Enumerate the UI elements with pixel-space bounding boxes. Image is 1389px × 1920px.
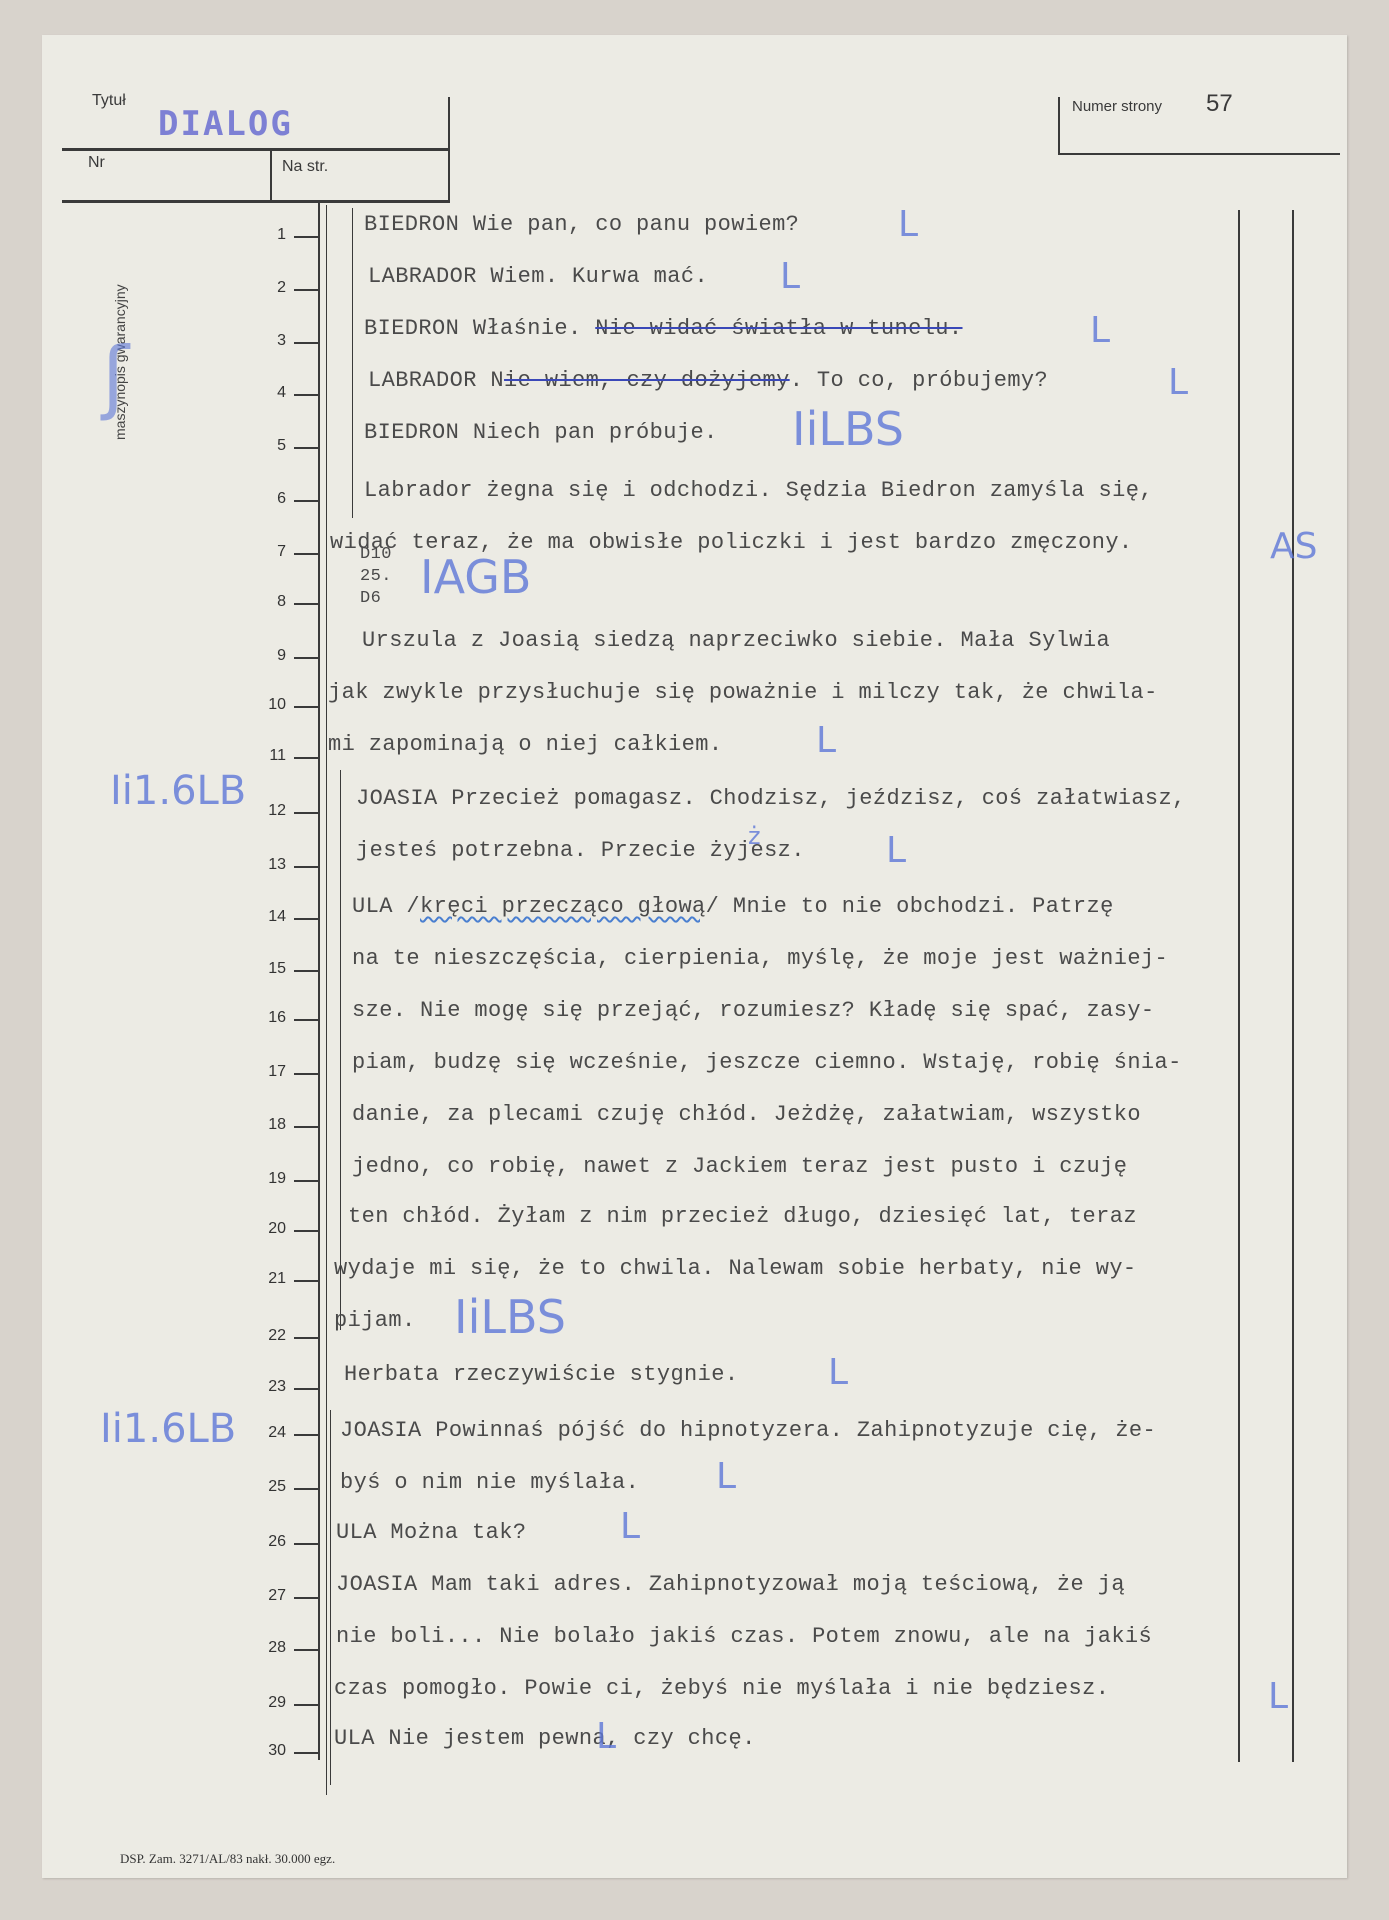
pen-code: IiLBS <box>454 1290 566 1344</box>
header-rule-divider <box>270 148 272 202</box>
script-line: ULA Można tak? <box>336 1520 526 1545</box>
script-line: LABRADOR Nie wiem, czy dożyjemy. To co, … <box>368 368 1048 393</box>
line-tick <box>294 394 318 396</box>
line-number: 17 <box>246 1063 286 1081</box>
line-tick <box>294 1126 318 1128</box>
line-tick <box>294 657 318 659</box>
line-number: 15 <box>246 960 286 978</box>
pen-code: IiLBS <box>792 402 904 456</box>
script-line: nie boli... Nie bolało jakiś czas. Potem… <box>336 1624 1152 1649</box>
line-number: 25 <box>246 1478 286 1496</box>
struck-text: Nie widać światła w tunelu. <box>595 316 962 341</box>
script-line: JOASIA Powinnaś pójść do hipnotyzera. Za… <box>340 1418 1156 1443</box>
script-line: czas pomogło. Powie ci, żebyś nie myślał… <box>334 1676 1109 1701</box>
pen-code: Ii1.6LB <box>100 1406 236 1452</box>
line-tick <box>294 1073 318 1075</box>
inserted-letter: ż <box>748 822 761 850</box>
check-mark: L <box>620 1506 640 1547</box>
line-tick <box>294 1597 318 1599</box>
script-line: sze. Nie mogę się przejąć, rozumiesz? Kł… <box>352 998 1155 1023</box>
script-line: byś o nim nie myślała. <box>340 1470 639 1495</box>
line-number: 13 <box>246 856 286 874</box>
script-line: JOASIA Mam taki adres. Zahipnotyzował mo… <box>336 1572 1125 1597</box>
script-line: ULA /kręci przecząco głową/ Mnie to nie … <box>352 894 1114 919</box>
line-number: 8 <box>246 593 286 611</box>
title-label: Tytuł <box>92 92 126 110</box>
line-number: 24 <box>246 1424 286 1442</box>
script-line: ten chłód. Żyłam z nim przecież długo, d… <box>348 1204 1137 1229</box>
line-tick <box>294 1649 318 1651</box>
line-tick <box>294 1434 318 1436</box>
script-line: Herbata rzeczywiście stygnie. <box>344 1362 738 1387</box>
na-str-label: Na str. <box>282 158 328 176</box>
script-line: jesteś potrzebna. Przecie żyjesz. <box>356 838 805 863</box>
line-tick <box>294 1230 318 1232</box>
script-line: ULA Nie jestem pewna, czy chcę. <box>334 1726 756 1751</box>
line-number: 16 <box>246 1009 286 1027</box>
line-number: 9 <box>246 647 286 665</box>
title-stamp: DIALOG <box>158 104 293 144</box>
dialog-bracket-2 <box>340 770 341 1330</box>
script-line: jedno, co robię, nawet z Jackiem teraz j… <box>352 1154 1127 1179</box>
line-number: 10 <box>246 696 286 714</box>
line-number: 3 <box>246 332 286 350</box>
line-tick <box>294 1488 318 1490</box>
script-line: mi zapominają o niej całkiem. <box>328 732 722 757</box>
page-number-value: 57 <box>1206 90 1233 118</box>
line-tick <box>294 1280 318 1282</box>
line-tick <box>294 500 318 502</box>
line-tick <box>294 1752 318 1754</box>
line-tick <box>294 342 318 344</box>
struck-text: ie wiem, czy dożyjemy <box>504 368 790 393</box>
script-line: Labrador żegna się i odchodzi. Sędzia Bi… <box>364 478 1153 503</box>
script-line: piam, budzę się wcześnie, jeszcze ciemno… <box>352 1050 1182 1075</box>
line-tick <box>294 603 318 605</box>
header-rule-bottom <box>62 200 450 203</box>
script-line: BIEDRON Właśnie. Nie widać światła w tun… <box>364 316 963 341</box>
line-number: 30 <box>246 1742 286 1760</box>
line-number: 5 <box>246 437 286 455</box>
pen-squiggle-mark: ʃ <box>102 330 129 423</box>
ruler-line <box>318 200 320 1760</box>
line-tick <box>294 866 318 868</box>
line-number: 7 <box>246 543 286 561</box>
check-mark: L <box>780 256 800 297</box>
line-number: 22 <box>246 1327 286 1345</box>
script-line: BIEDRON Wie pan, co panu powiem? <box>364 212 799 237</box>
line-number: 12 <box>246 802 286 820</box>
line-tick <box>294 1388 318 1390</box>
script-line: Urszula z Joasią siedzą naprzeciwko sieb… <box>362 628 1110 653</box>
line-number: 28 <box>246 1639 286 1657</box>
line-number: 2 <box>246 279 286 297</box>
nr-label: Nr <box>88 154 105 172</box>
script-line: BIEDRON Niech pan próbuje. <box>364 420 718 445</box>
wavy-underline-text: kręci przecząco głową <box>420 894 706 919</box>
check-mark: L <box>1268 1676 1288 1717</box>
line-tick <box>294 1543 318 1545</box>
script-line: na te nieszczęścia, cierpienia, myślę, ż… <box>352 946 1168 971</box>
script-line: JOASIA Przecież pomagasz. Chodzisz, jeźd… <box>356 786 1186 811</box>
check-mark: L <box>828 1352 848 1393</box>
pen-code: AS <box>1270 526 1317 567</box>
line-number: 18 <box>246 1116 286 1134</box>
line-number: 14 <box>246 908 286 926</box>
page-box-bottom-rule <box>1058 153 1340 155</box>
script-line: danie, za plecami czuję chłód. Jeżdżę, z… <box>352 1102 1141 1127</box>
line-tick <box>294 553 318 555</box>
ruler-line-inner <box>326 205 327 1795</box>
line-tick <box>294 236 318 238</box>
print-footer: DSP. Zam. 3271/AL/83 nakł. 30.000 egz. <box>120 1851 335 1867</box>
handwritten-numbers: D10 25. D6 <box>360 544 420 610</box>
check-mark: L <box>1168 362 1188 403</box>
line-tick <box>294 1704 318 1706</box>
header-rule-top <box>62 148 450 151</box>
check-mark: L <box>816 720 836 761</box>
script-line: jak zwykle przysłuchuje się poważnie i m… <box>328 680 1158 705</box>
line-number: 23 <box>246 1378 286 1396</box>
line-number: 20 <box>246 1220 286 1238</box>
line-tick <box>294 289 318 291</box>
line-number: 26 <box>246 1533 286 1551</box>
line-number: 19 <box>246 1170 286 1188</box>
line-tick <box>294 812 318 814</box>
pen-code: IAGB <box>420 550 531 604</box>
dialog-bracket-3 <box>330 1410 331 1785</box>
dialog-bracket-1 <box>352 208 353 518</box>
pen-code: Ii1.6LB <box>110 768 246 814</box>
check-mark: L <box>898 204 918 245</box>
line-number: 4 <box>246 384 286 402</box>
line-number: 27 <box>246 1587 286 1605</box>
line-tick <box>294 757 318 759</box>
check-mark: L <box>1090 310 1110 351</box>
page-number-label: Numer strony <box>1072 98 1162 115</box>
line-tick <box>294 1180 318 1182</box>
line-number: 21 <box>246 1270 286 1288</box>
right-margin-rule-2 <box>1292 210 1294 1762</box>
line-tick <box>294 1337 318 1339</box>
check-mark: L <box>596 1716 616 1757</box>
right-margin-rule-1 <box>1238 210 1240 1762</box>
check-mark: L <box>716 1456 736 1497</box>
line-number: 11 <box>246 747 286 765</box>
line-tick <box>294 918 318 920</box>
header-rule-right <box>448 97 450 202</box>
script-line: LABRADOR Wiem. Kurwa mać. <box>368 264 708 289</box>
line-tick <box>294 1019 318 1021</box>
script-line: pijam. <box>334 1308 416 1333</box>
line-tick <box>294 447 318 449</box>
line-number: 1 <box>246 226 286 244</box>
script-line: wydaje mi się, że to chwila. Nalewam sob… <box>334 1256 1137 1281</box>
page-box-left-rule <box>1058 97 1060 155</box>
line-tick <box>294 970 318 972</box>
line-number: 29 <box>246 1694 286 1712</box>
line-number: 6 <box>246 490 286 508</box>
check-mark: L <box>886 830 906 871</box>
line-tick <box>294 706 318 708</box>
